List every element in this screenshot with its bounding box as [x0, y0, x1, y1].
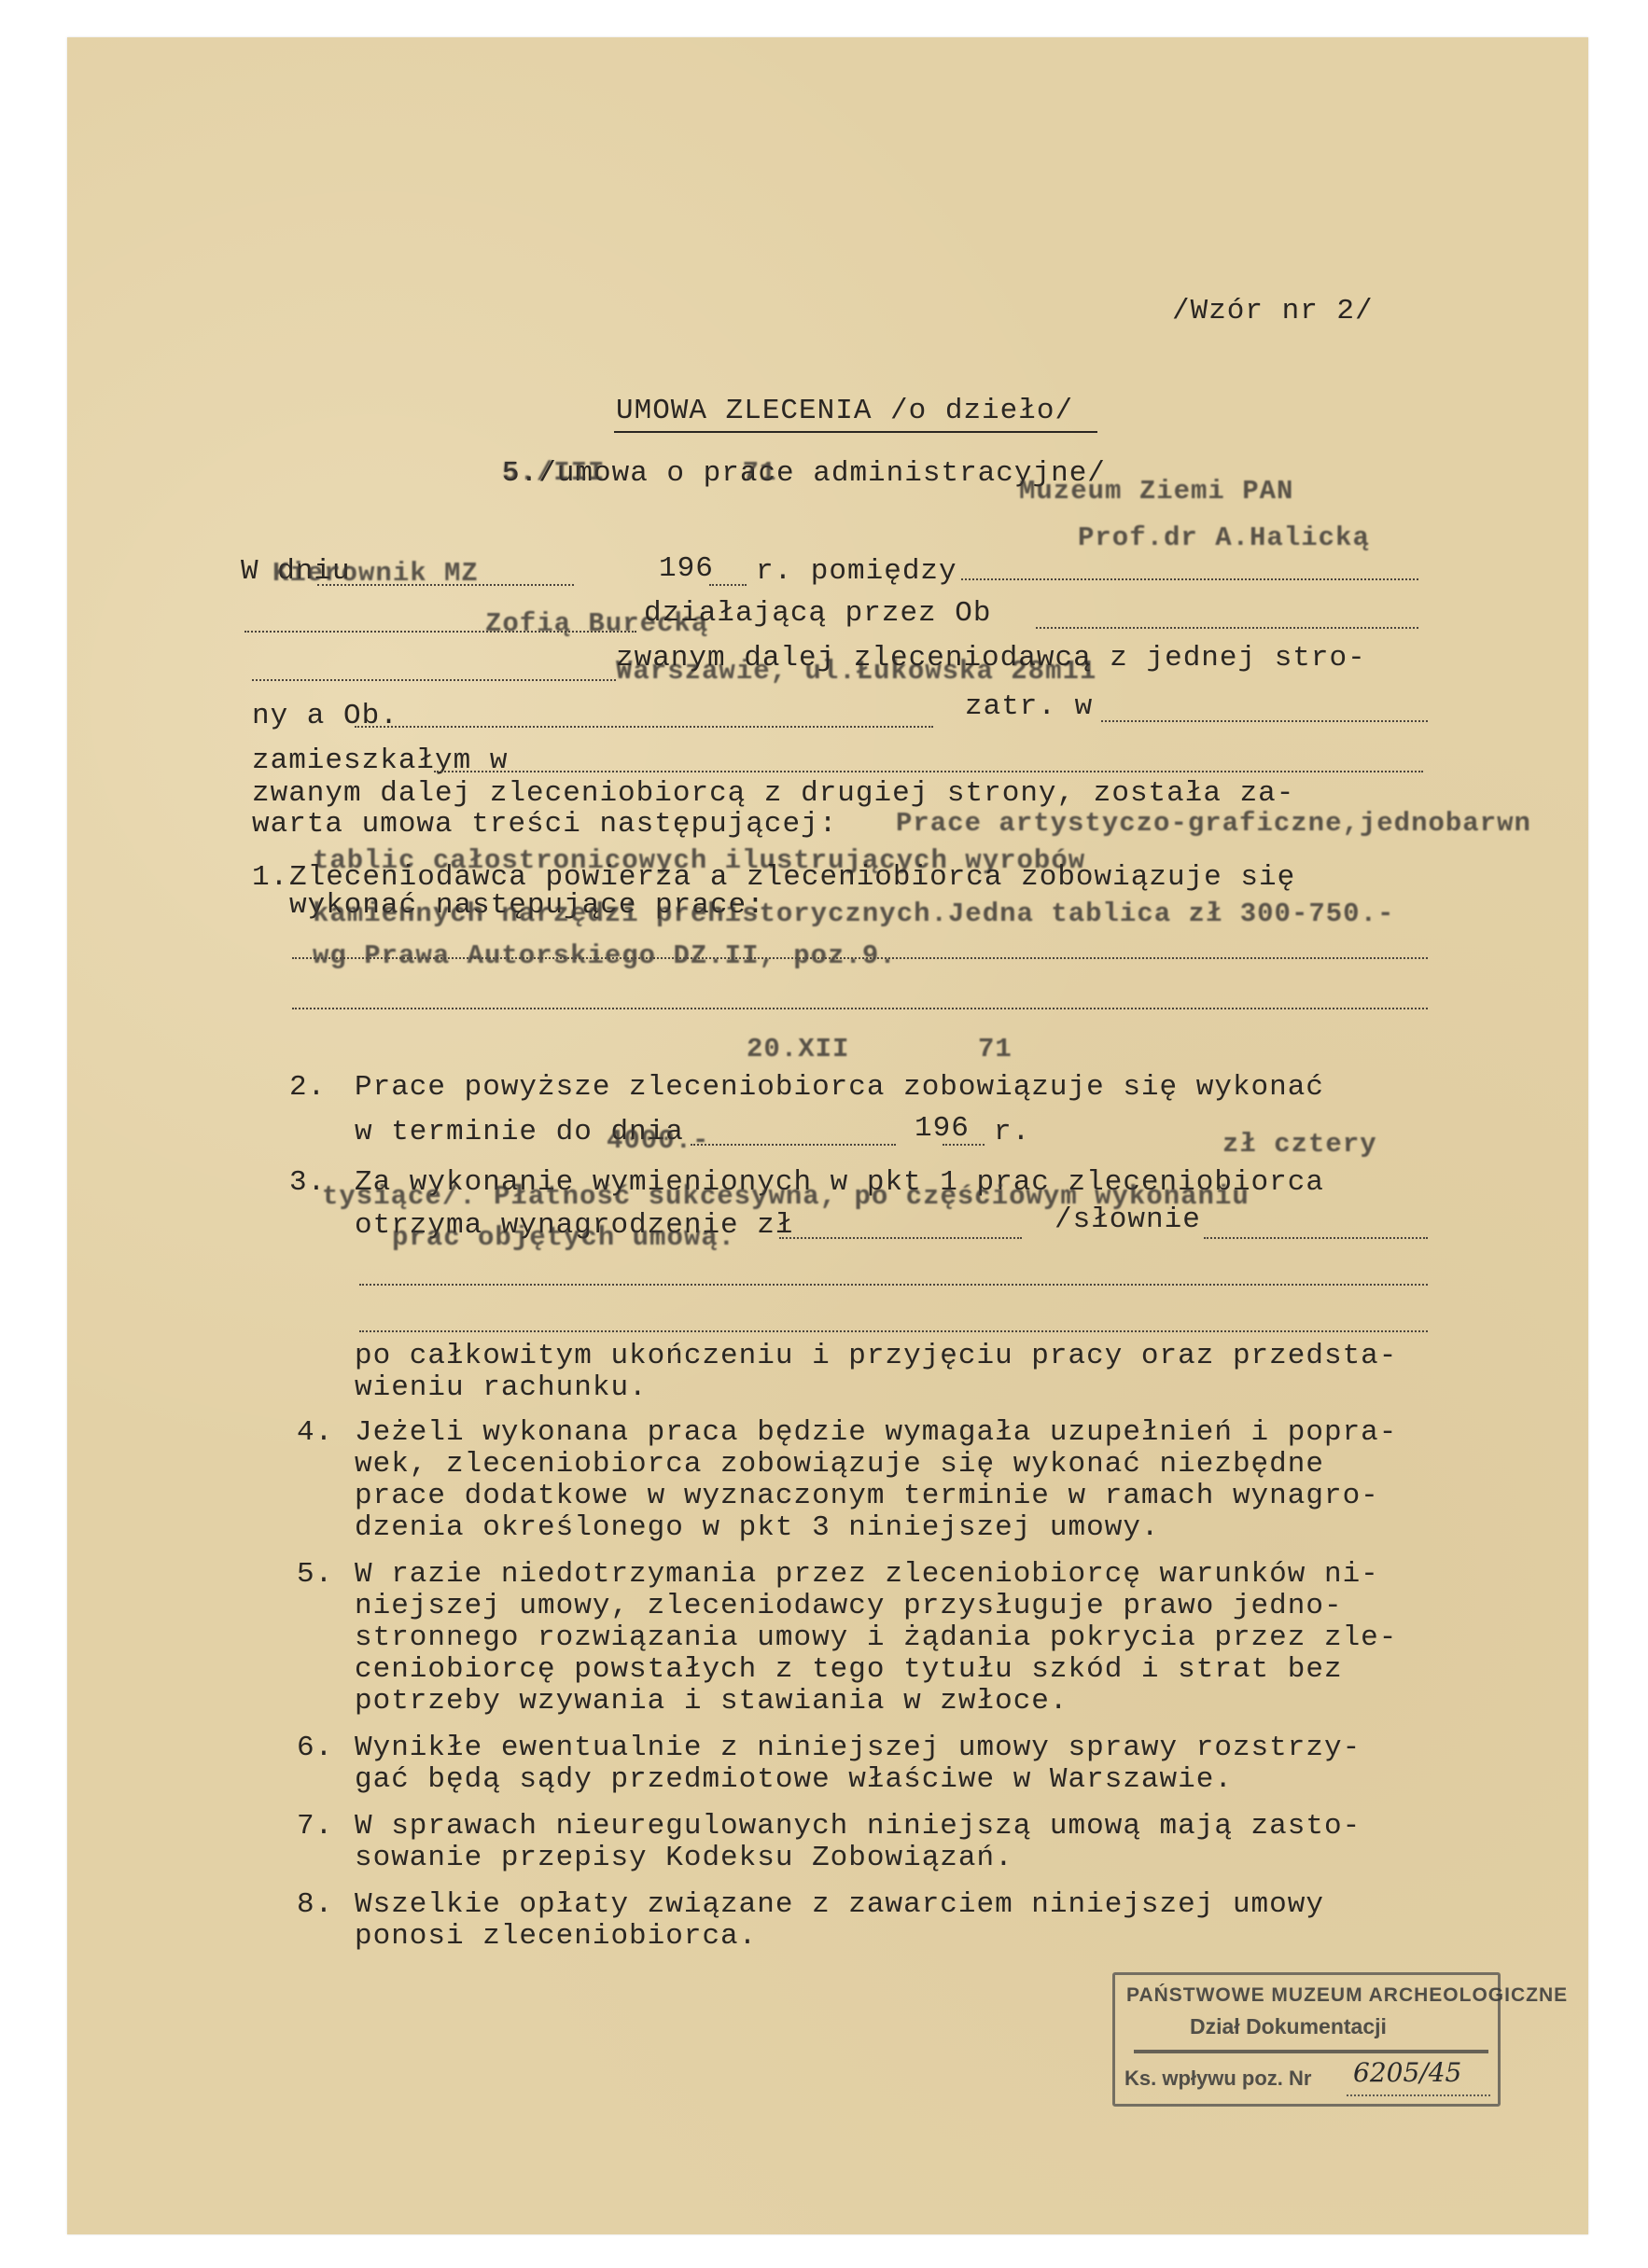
clause-6-number: 6. — [297, 1733, 333, 1762]
clause-2-year: 196 — [915, 1114, 970, 1143]
clause-1-number: 1. — [252, 863, 288, 892]
clause-7-line2: sowanie przepisy Kodeksu Zobowiązań. — [355, 1844, 1013, 1872]
dotted-line — [292, 1008, 1428, 1009]
dotted-line — [961, 578, 1418, 580]
fill-museum: Muzeum Ziemi PAN — [1019, 478, 1293, 505]
clause-3-line4: wieniu rachunku. — [355, 1373, 648, 1402]
clause-5-line3: stronnego rozwiązania umowy i żądania po… — [355, 1623, 1397, 1652]
dotted-line — [292, 957, 1428, 959]
zwanym-zleceniobiorca-text: zwanym dalej zleceniobiorcą z drugiej st… — [252, 779, 1294, 808]
clause-4-line3: prace dodatkowe w wyznaczonym terminie w… — [355, 1482, 1379, 1510]
clause-5-line2: niejszej umowy, zleceniodawcy przysługuj… — [355, 1592, 1343, 1621]
stamp-dotted-line — [1347, 2094, 1490, 2096]
pomiedzy-text: r. pomiędzy — [756, 557, 957, 586]
dotted-line — [359, 1284, 1428, 1286]
dotted-line — [355, 726, 933, 728]
stamp-institution: PAŃSTWOWE MUZEUM ARCHEOLOGICZNE — [1126, 1984, 1568, 2007]
clause-7-line1: W sprawach nieuregulowanych niniejszą um… — [355, 1812, 1361, 1841]
clause-2-number: 2. — [289, 1073, 326, 1102]
archive-stamp: PAŃSTWOWE MUZEUM ARCHEOLOGICZNE Dział Do… — [1112, 1972, 1501, 2107]
clause-8-line2: ponosi zleceniobiorca. — [355, 1922, 757, 1951]
clause-4-number: 4. — [297, 1418, 333, 1447]
stamp-entry-number: 6205/45 — [1353, 2057, 1461, 2088]
clause-8-number: 8. — [297, 1890, 333, 1919]
fill-year-71: 71 — [978, 1036, 1013, 1063]
clause-8-line1: Wszelkie opłaty związane z zawarciem nin… — [355, 1890, 1324, 1919]
dotted-line — [1204, 1237, 1428, 1239]
form-label: /Wzór nr 2/ — [1172, 297, 1374, 326]
clause-4-line1: Jeżeli wykonana praca będzie wymagała uz… — [355, 1418, 1397, 1447]
warta-umowa-text: warta umowa treści następującej: — [252, 810, 837, 839]
dotted-line — [691, 1144, 896, 1146]
dotted-line — [252, 679, 616, 681]
fill-kierownik: Kierownik MZ — [272, 560, 479, 587]
zatr-text: zatr. w — [965, 692, 1093, 721]
clause-2-year-suffix: r. — [994, 1118, 1030, 1147]
stamp-department: Dział Dokumentacji — [1190, 2014, 1387, 2039]
zwanym-zleceniodawca-text: zwanym dalej zleceniodawcą z jednej stro… — [616, 644, 1366, 673]
clause-5-line5: potrzeby wzywania i stawiania w zwłoce. — [355, 1687, 1068, 1716]
dotted-line — [317, 584, 574, 586]
clause-2-line1: Prace powyższe zleceniobiorca zobowiązuj… — [355, 1073, 1324, 1102]
dotted-line — [1101, 720, 1428, 722]
dotted-line — [943, 1144, 985, 1146]
year-196: 196 — [659, 554, 714, 583]
subtitle-overtype: 5./III 71 — [502, 459, 776, 486]
dotted-line — [434, 771, 1423, 772]
dotted-line — [1036, 627, 1418, 629]
title-underline — [614, 431, 1097, 433]
clause-3-number: 3. — [289, 1168, 326, 1197]
clause-6-line2: gać będą sądy przedmiotowe właściwe w Wa… — [355, 1765, 1233, 1794]
fill-date: 20.XII — [747, 1036, 849, 1063]
clause-6-line1: Wynikłe ewentualnie z niniejszej umowy s… — [355, 1733, 1361, 1762]
clause-5-line4: ceniobiorcę powstałych z tego tytułu szk… — [355, 1655, 1343, 1684]
clause-5-number: 5. — [297, 1560, 333, 1589]
clause-4-line4: dzenia określonego w pkt 3 niniejszej um… — [355, 1513, 1160, 1542]
fill-words-amount: zł cztery — [1222, 1131, 1377, 1158]
stamp-divider — [1134, 2050, 1488, 2053]
clause-3-line3: po całkowitym ukończeniu i przyjęciu pra… — [355, 1342, 1397, 1371]
clause-1-line1: Zleceniodawca powierza a zleceniobiorca … — [289, 863, 1295, 892]
dotted-line — [709, 584, 747, 586]
clause-7-number: 7. — [297, 1812, 333, 1841]
fill-amount: 4000.- — [607, 1127, 709, 1154]
clause-4-line2: wek, zleceniobiorca zobowiązuje się wyko… — [355, 1450, 1324, 1479]
dotted-line — [779, 1237, 1022, 1239]
slownie-text: /słownie — [1054, 1205, 1201, 1234]
fill-professor: Prof.dr A.Halicką — [1078, 524, 1370, 551]
dotted-line — [244, 631, 636, 633]
fill-prawa-autorskiego: wg Prawa Autorskiego DZ.II, poz.9. — [313, 942, 897, 969]
fill-prace-artystyczne: Prace artystyczo-graficzne,jednobarwn — [896, 810, 1531, 837]
stamp-entry-label: Ks. wpływu poz. Nr — [1124, 2066, 1311, 2091]
fill-kamiennych: kamiennych narzędzi prehistorycznych.Jed… — [313, 900, 1394, 927]
dzialajaca-text: działającą przez Ob — [644, 599, 991, 628]
fill-prac-objetych: prac objętych umową. — [392, 1224, 735, 1251]
document-title: UMOWA ZLECENIA /o dzieło/ — [616, 397, 1073, 425]
dotted-line — [359, 1330, 1428, 1332]
clause-5-line1: W razie niedotrzymania przez zleceniobio… — [355, 1560, 1379, 1589]
